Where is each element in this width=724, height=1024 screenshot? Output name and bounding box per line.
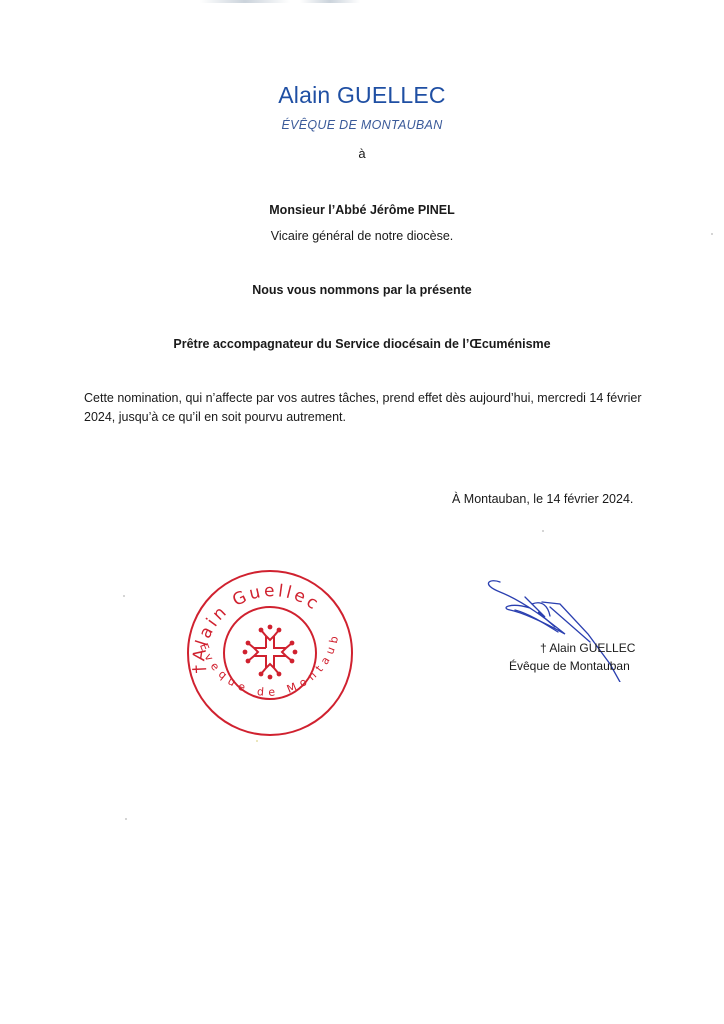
appointment-title: Prêtre accompagnateur du Service diocésa… — [0, 337, 724, 351]
episcopal-seal: †Alain Guellec Eveque de Montauban — [180, 565, 362, 745]
place-date: À Montauban, le 14 février 2024. — [452, 492, 633, 506]
letterhead-to: à — [0, 146, 724, 161]
scan-artifact — [200, 0, 290, 3]
signatory-name: † Alain GUELLEC — [540, 641, 635, 655]
signatory-title: Évêque de Montauban — [509, 659, 630, 673]
letterhead-title: ÉVÊQUE DE MONTAUBAN — [0, 118, 724, 132]
addressee-role: Vicaire général de notre diocèse. — [0, 229, 724, 243]
scan-speck — [711, 233, 713, 235]
scan-speck — [542, 530, 544, 532]
occitan-cross-icon — [243, 625, 298, 680]
body-paragraph: Cette nomination, qui n’affecte par vos … — [84, 389, 644, 427]
scan-speck — [125, 818, 127, 820]
scan-artifact — [300, 0, 360, 3]
scan-speck — [256, 740, 258, 742]
letterhead-name: Alain GUELLEC — [0, 82, 724, 109]
decree-statement: Nous vous nommons par la présente — [0, 283, 724, 297]
addressee-name: Monsieur l’Abbé Jérôme PINEL — [0, 203, 724, 217]
scan-speck — [123, 595, 125, 597]
